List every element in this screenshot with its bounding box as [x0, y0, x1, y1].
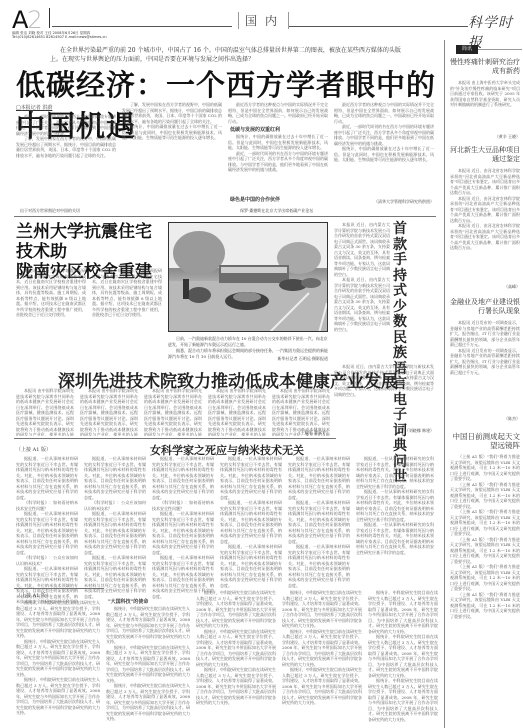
lead-column-3a: 最近西方学者的这种观点与中国的实际情况并不完全相符，但是中国在全世界面前，如何展…	[228, 102, 328, 124]
section-divider	[14, 216, 436, 217]
nano-tag: （上接 A1 版）	[16, 446, 51, 453]
dictionary-signoff: （刘晓娜 韩建）	[334, 428, 434, 434]
bottom-column-2: 据统计，中科院研究生院目前在读研究生人数已超过 3 万人。研究生院在学位授予、学…	[106, 606, 190, 728]
lead-subhead-2: 绿色是中国的合作伙伴	[230, 196, 280, 203]
header-rule-left	[52, 26, 232, 27]
section-label: 国内	[238, 12, 289, 29]
lead-signoff: （清华大学管理科学研究所供图）	[334, 199, 434, 205]
briefs-tag: 简讯	[456, 45, 478, 54]
editor-info: 编辑 张洁 刘晓 校对 王佳 2008年6月26日 星期四 Tel:(010)8…	[12, 31, 142, 39]
brief-body-1: 本报讯 由上海中医药大学牵头完成的"针灸治疗慢性疼痛的临床研究"项目日前通过专家…	[450, 80, 520, 136]
lead-byline: □本报记者 洪蔚	[16, 104, 52, 111]
shenzhen-column-5: 本报讯 由中国科学院深圳先进技术研究院与深圳市共同举办的低成本健康产业发展研讨会…	[272, 388, 330, 436]
nano-column-1: 据报道，一位从事纳米材料研究的女科学家近日不幸去世。有媒体猜测其死因与纳米材料的…	[16, 456, 78, 606]
nano-column-5: 据报道，一位从事纳米材料研究的女科学家近日不幸去世。有媒体猜测其死因与纳米材料的…	[288, 456, 350, 606]
brief-title-1: 慢性疼痛针刺研究治疗成有新药	[450, 58, 520, 76]
shenzhen-column-4: 本报讯 由中国科学院深圳先进技术研究院与深圳市共同举办的低成本健康产业发展研讨会…	[208, 388, 266, 436]
section-divider-3	[14, 588, 104, 589]
photo-credit: 新华社记者 石明远·摄影报道	[168, 356, 328, 362]
shenzhen-column-3: 本报讯 由中国科学院深圳先进技术研究院与深圳市共同举办的低成本健康产业发展研讨会…	[144, 388, 202, 436]
news-photo-hybrid-cars	[168, 222, 328, 332]
bottom-column-5: 据统计，中科院研究生院目前在读研究生人数已超过 3 万人。研究生院在学位授予、学…	[368, 590, 438, 728]
bottom-column-4: 据统计，中科院研究生院目前在读研究生人数已超过 3 万人。研究生院在学位授予、学…	[282, 590, 362, 728]
lead-column-2: 了解，发展中国家在西方学者的视野中，中国的低碳发展已经超出了预期水平。据统计，中…	[122, 102, 222, 204]
brief-body-2: 本报讯 近日，由河北省农林科学院承担的"河北省高油高产大豆新品种选育"项目通过专…	[450, 168, 520, 286]
brief-title-3: 金融业及地产业建设银行署长队现象	[450, 298, 520, 316]
shenzhen-column-2: 本报讯 由中国科学院深圳先进技术研究院与深圳市共同举办的低成本健康产业发展研讨会…	[80, 388, 138, 436]
brief-signoff-3: （陈杰）	[450, 416, 520, 422]
briefs-rail-divider	[444, 40, 445, 728]
page-digit: 2	[27, 6, 41, 34]
photo-illustration	[169, 223, 328, 332]
brief-body-3: 本报讯 近日发布的一项调查显示，金融业与房地产业的高管薪酬差距持续扩大。报告指出…	[450, 320, 520, 418]
bottom-column-3: 据统计，中科院研究生院目前在读研究生人数已超过 3 万人。研究生院在学位授予、学…	[196, 590, 276, 728]
brief-body-4: （上接 A1 版）"我们"将着力推进天文学研究，该望远镜阵由 VLBI 天文观测…	[450, 454, 520, 728]
lead-note-2: 保罗·桑德斯在北京大学出席低碳产业论坛	[240, 208, 360, 214]
lead-column-4: 最近西方学者的这种观点与中国的实际情况并不完全相符，但是中国在全世界面前，如何展…	[334, 102, 434, 198]
page-number: A2	[12, 6, 42, 34]
lanzhou-headline-line1: 兰州大学抗震住宅技术助	[16, 222, 156, 262]
lead-subhead-1: 低碳与发展的双重红利	[230, 126, 280, 133]
header-rule-right	[288, 26, 468, 27]
nano-column-2: 据报道，一位从事纳米材料研究的女科学家近日不幸去世。有媒体猜测其死因与纳米材料的…	[84, 456, 146, 606]
bottom-column-1: 据统计，中科院研究生院目前在读研究生人数已超过 3 万人。研究生院在学位授予、学…	[16, 600, 100, 728]
dictionary-column-1: 本报讯 近日，由内蒙古大学计算机学院与新技术发展公司合作研发的首款手持式蒙汉双语…	[334, 222, 390, 362]
dictionary-headline: 首款手持式少数民族语言电子词典问世	[392, 222, 408, 486]
contact-line: Tel:(010)82614651 82614507 E-mail:news@s…	[12, 35, 142, 39]
section-divider-2	[14, 438, 336, 439]
lanzhou-column-2: 本报讯 一项由兰州大学地震预报研究所与陇南市合作完成的抗震住宅技术，近日在陇南灾…	[92, 268, 162, 360]
shenzhen-signoff: （王殿军 董承芳）	[272, 430, 330, 436]
brief-signoff-2: （高峰）	[450, 284, 520, 290]
shenzhen-column-1: 本报讯 由中国科学院深圳先进技术研究院与深圳市共同举办的低成本健康产业发展研讨会…	[16, 388, 74, 436]
lead-note-1: 出于对西方世界舆论对中国的关切	[20, 208, 140, 214]
bottom-subhead: "大国科技"的使命	[108, 598, 148, 605]
lead-column-3b: 据统计，中国的碳排放量在过去十年中增长了近一倍。但是与此同时，中国也在积极发展新…	[228, 134, 328, 204]
lead-column-1: 最近，一部时代周刊的书在西方与中国的环境专题讲座中引起了广泛关注，西方学者从多个…	[16, 114, 116, 204]
lanzhou-column-1: 本报讯 一项由兰州大学地震预报研究所与陇南市合作完成的抗震住宅技术，近日在陇南灾…	[16, 268, 86, 360]
nano-column-6: 据报道，一位从事纳米材料研究的女科学家近日不幸去世。有媒体猜测其死因与纳米材料的…	[356, 456, 434, 606]
bottom-tag: （上接 A1 版）	[16, 592, 51, 599]
nano-column-4: 据报道，一位从事纳米材料研究的女科学家近日不幸去世。有媒体猜测其死因与纳米材料的…	[220, 456, 282, 606]
brief-signoff-1: （黄辛 王晓）	[450, 134, 520, 140]
brief-title-4: 中国日前测成起天文望远镜阵	[450, 432, 520, 450]
brief-title-2: 河北新生大豆品种项目通过鉴定	[450, 146, 520, 164]
nano-column-3: 据报道，一位从事纳米材料研究的女科学家近日不幸去世。有媒体猜测其死因与纳米材料的…	[152, 456, 214, 606]
header-divider	[49, 8, 50, 28]
briefs-rule	[478, 49, 522, 50]
page-letter: A	[12, 6, 27, 34]
lead-deck: 在全世界污染最严重的前 20 个城市中，中国占了 16 个。中国的温室气体总排量…	[50, 46, 410, 64]
